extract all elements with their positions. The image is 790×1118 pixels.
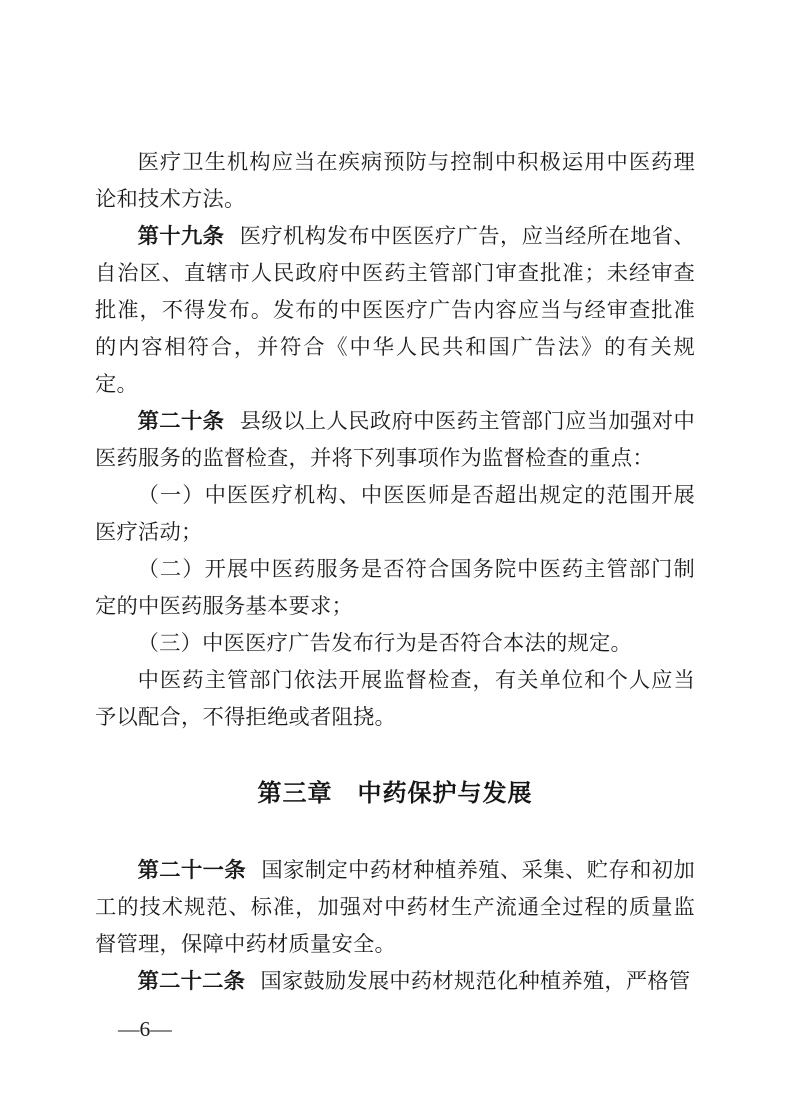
article-number: 第十九条: [138, 224, 240, 248]
paragraph: （二）开展中医药服务是否符合国务院中医药主管部门制定的中医药服务基本要求；: [95, 551, 695, 625]
paragraph: （一）中医医疗机构、中医医师是否超出规定的范围开展医疗活动；: [95, 477, 695, 551]
document-page: 医疗卫生机构应当在疾病预防与控制中积极运用中医药理论和技术方法。第十九条医疗机构…: [0, 0, 790, 1118]
paragraph: 中医药主管部门依法开展监督检查，有关单位和个人应当予以配合，不得拒绝或者阻挠。: [95, 662, 695, 736]
paragraph: 医疗卫生机构应当在疾病预防与控制中积极运用中医药理论和技术方法。: [95, 144, 695, 218]
chapter-heading: 第三章 中药保护与发展: [95, 775, 695, 812]
article-number: 第二十二条: [138, 969, 261, 993]
paragraph-text: （三）中医医疗广告发布行为是否符合本法的规定。: [138, 631, 632, 655]
paragraph-text: 医疗机构发布中医医疗广告，应当经所在地省、自治区、直辖市人民政府中医药主管部门审…: [95, 224, 695, 396]
paragraph-text: （一）中医医疗机构、中医医师是否超出规定的范围开展医疗活动；: [95, 483, 695, 544]
paragraph-text: 中医药主管部门依法开展监督检查，有关单位和个人应当予以配合，不得拒绝或者阻挠。: [95, 668, 695, 729]
paragraph-text: （二）开展中医药服务是否符合国务院中医药主管部门制定的中医药服务基本要求；: [95, 557, 695, 618]
article-number: 第二十条: [138, 409, 240, 433]
paragraph: 第二十条县级以上人民政府中医药主管部门应当加强对中医药服务的监督检查，并将下列事…: [95, 403, 695, 477]
paragraph: （三）中医医疗广告发布行为是否符合本法的规定。: [95, 625, 695, 662]
paragraph: 第二十二条国家鼓励发展中药材规范化种植养殖，严格管: [95, 963, 695, 1000]
paragraph-text: 国家鼓励发展中药材规范化种植养殖，严格管: [260, 969, 690, 993]
page-number: —6—: [118, 1017, 172, 1041]
document-body: 医疗卫生机构应当在疾病预防与控制中积极运用中医药理论和技术方法。第十九条医疗机构…: [95, 144, 695, 1000]
article-number: 第二十一条: [138, 858, 262, 882]
paragraph: 第二十一条国家制定中药材种植养殖、采集、贮存和初加工的技术规范、标准，加强对中药…: [95, 852, 695, 963]
paragraph-text: 医疗卫生机构应当在疾病预防与控制中积极运用中医药理论和技术方法。: [95, 150, 695, 211]
paragraph: 第十九条医疗机构发布中医医疗广告，应当经所在地省、自治区、直辖市人民政府中医药主…: [95, 218, 695, 403]
